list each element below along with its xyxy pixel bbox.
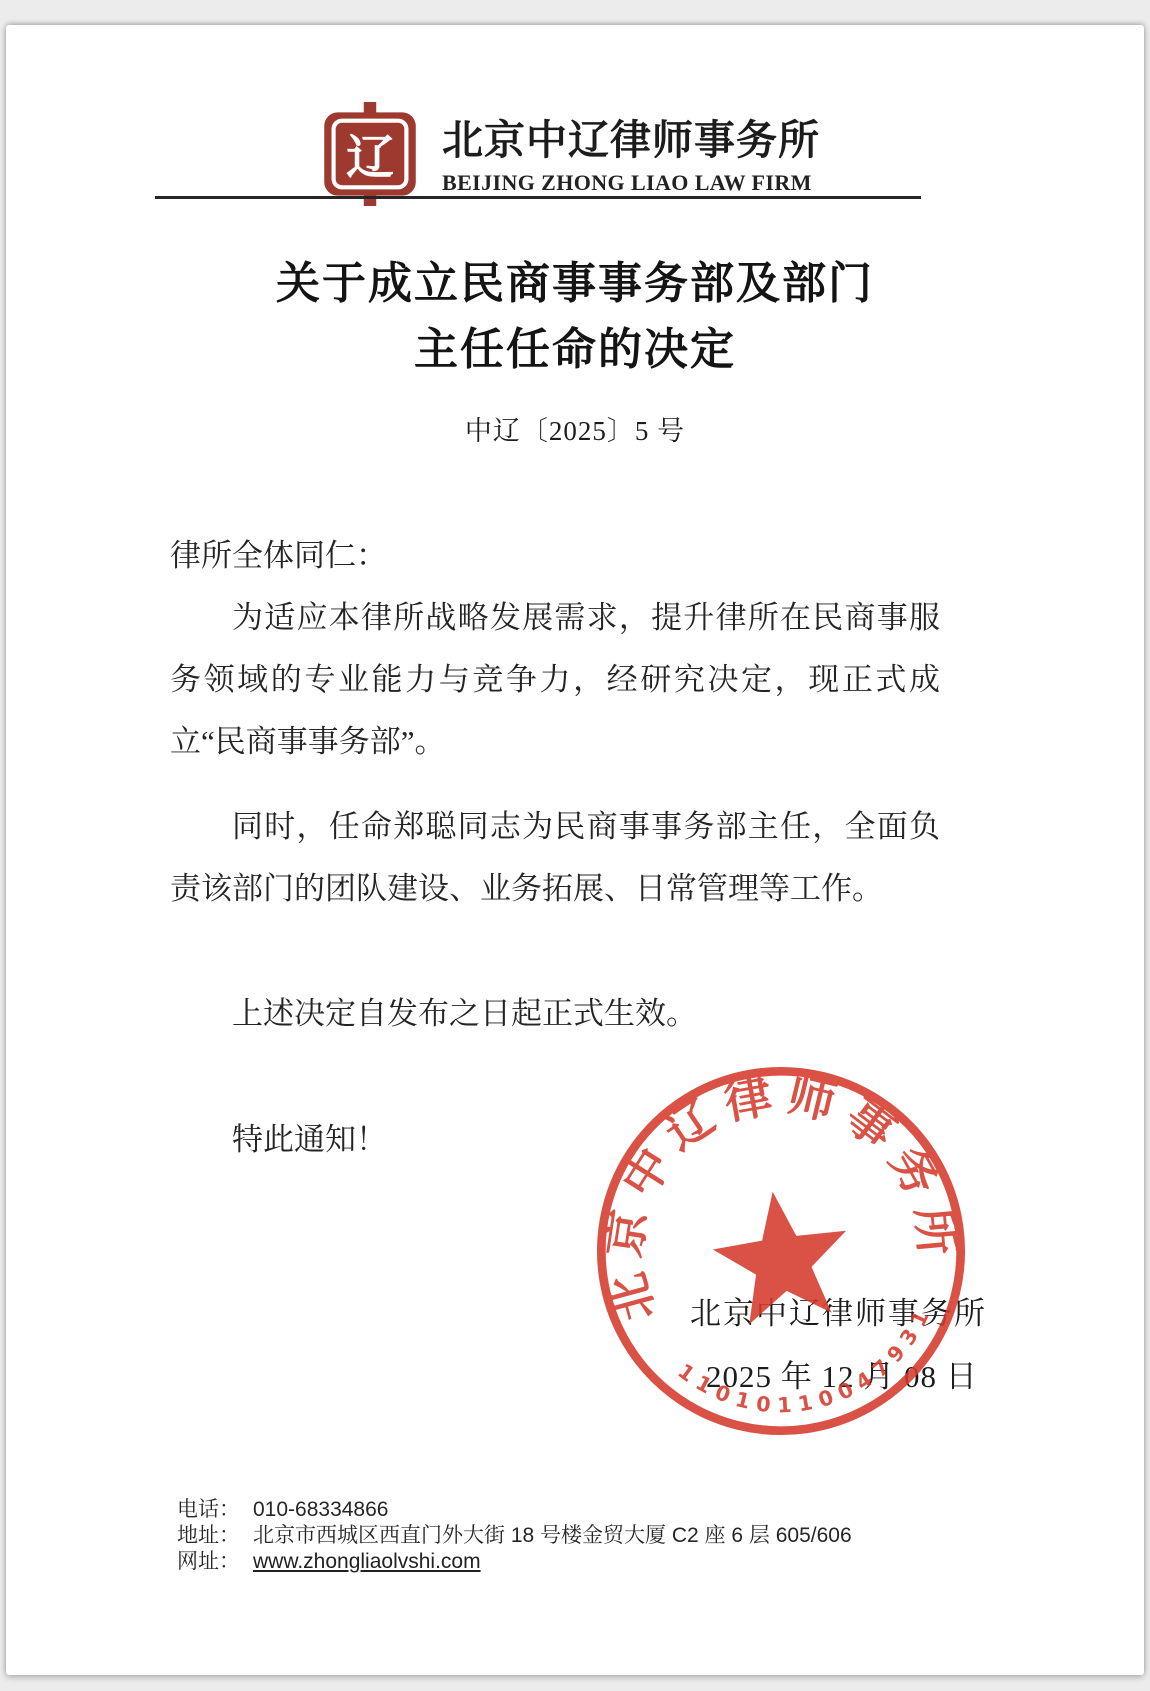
document-title-line2: 主任任命的决定 [6, 317, 1144, 383]
address-label: 地址： [177, 1523, 253, 1549]
signature-date: 2025 年 12 月 08 日 [706, 1351, 978, 1396]
footer-phone-row: 电话： 010-68334866 [177, 1497, 852, 1523]
document-number: 中辽〔2025〕5 号 [6, 409, 1144, 448]
address-value: 北京市西城区西直门外大街 18 号楼金贸大厦 C2 座 6 层 605/606 [253, 1523, 852, 1549]
logo-glyph: 辽 [346, 132, 394, 185]
footer-address-row: 地址： 北京市西城区西直门外大街 18 号楼金贸大厦 C2 座 6 层 605/… [177, 1523, 852, 1549]
signature-firm-name: 北京中辽律师事务所 [690, 1288, 987, 1333]
paragraph-3: 上述决定自发布之日起正式生效。 [170, 983, 940, 1045]
title-block: 关于成立民商事事务部及部门 主任任命的决定 中辽〔2025〕5 号 [6, 251, 1144, 448]
phone-label: 电话： [177, 1497, 253, 1523]
phone-value: 010-68334866 [253, 1497, 388, 1523]
footer-website-row: 网址： www.zhongliaolvshi.com [177, 1549, 852, 1575]
website-label: 网址： [177, 1549, 253, 1575]
document-title-line1: 关于成立民商事事务部及部门 [6, 251, 1144, 317]
firm-names: 北京中辽律师事务所 BEIJING ZHONG LIAO LAW FIRM [442, 118, 820, 196]
firm-name-en: BEIJING ZHONG LIAO LAW FIRM [442, 170, 820, 196]
header-divider [155, 196, 921, 199]
closing-notice: 特此通知！ [170, 1109, 940, 1171]
firm-name-cn: 北京中辽律师事务所 [442, 118, 820, 163]
document-body: 律所全体同仁： 为适应本律所战略发展需求，提升律所在民商事服务领域的专业能力与竞… [170, 525, 940, 1171]
website-link[interactable]: www.zhongliaolvshi.com [253, 1549, 481, 1575]
salutation: 律所全体同仁： [170, 525, 940, 587]
document-page: 辽 北京中辽律师事务所 BEIJING ZHONG LIAO LAW FIRM … [6, 25, 1144, 1675]
paragraph-2: 同时，任命郑聪同志为民商事事务部主任，全面负责该部门的团队建设、业务拓展、日常管… [170, 796, 940, 920]
paragraph-1: 为适应本律所战略发展需求，提升律所在民商事服务领域的专业能力与竞争力，经研究决定… [170, 587, 940, 773]
footer-contact-block: 电话： 010-68334866 地址： 北京市西城区西直门外大街 18 号楼金… [177, 1497, 852, 1575]
